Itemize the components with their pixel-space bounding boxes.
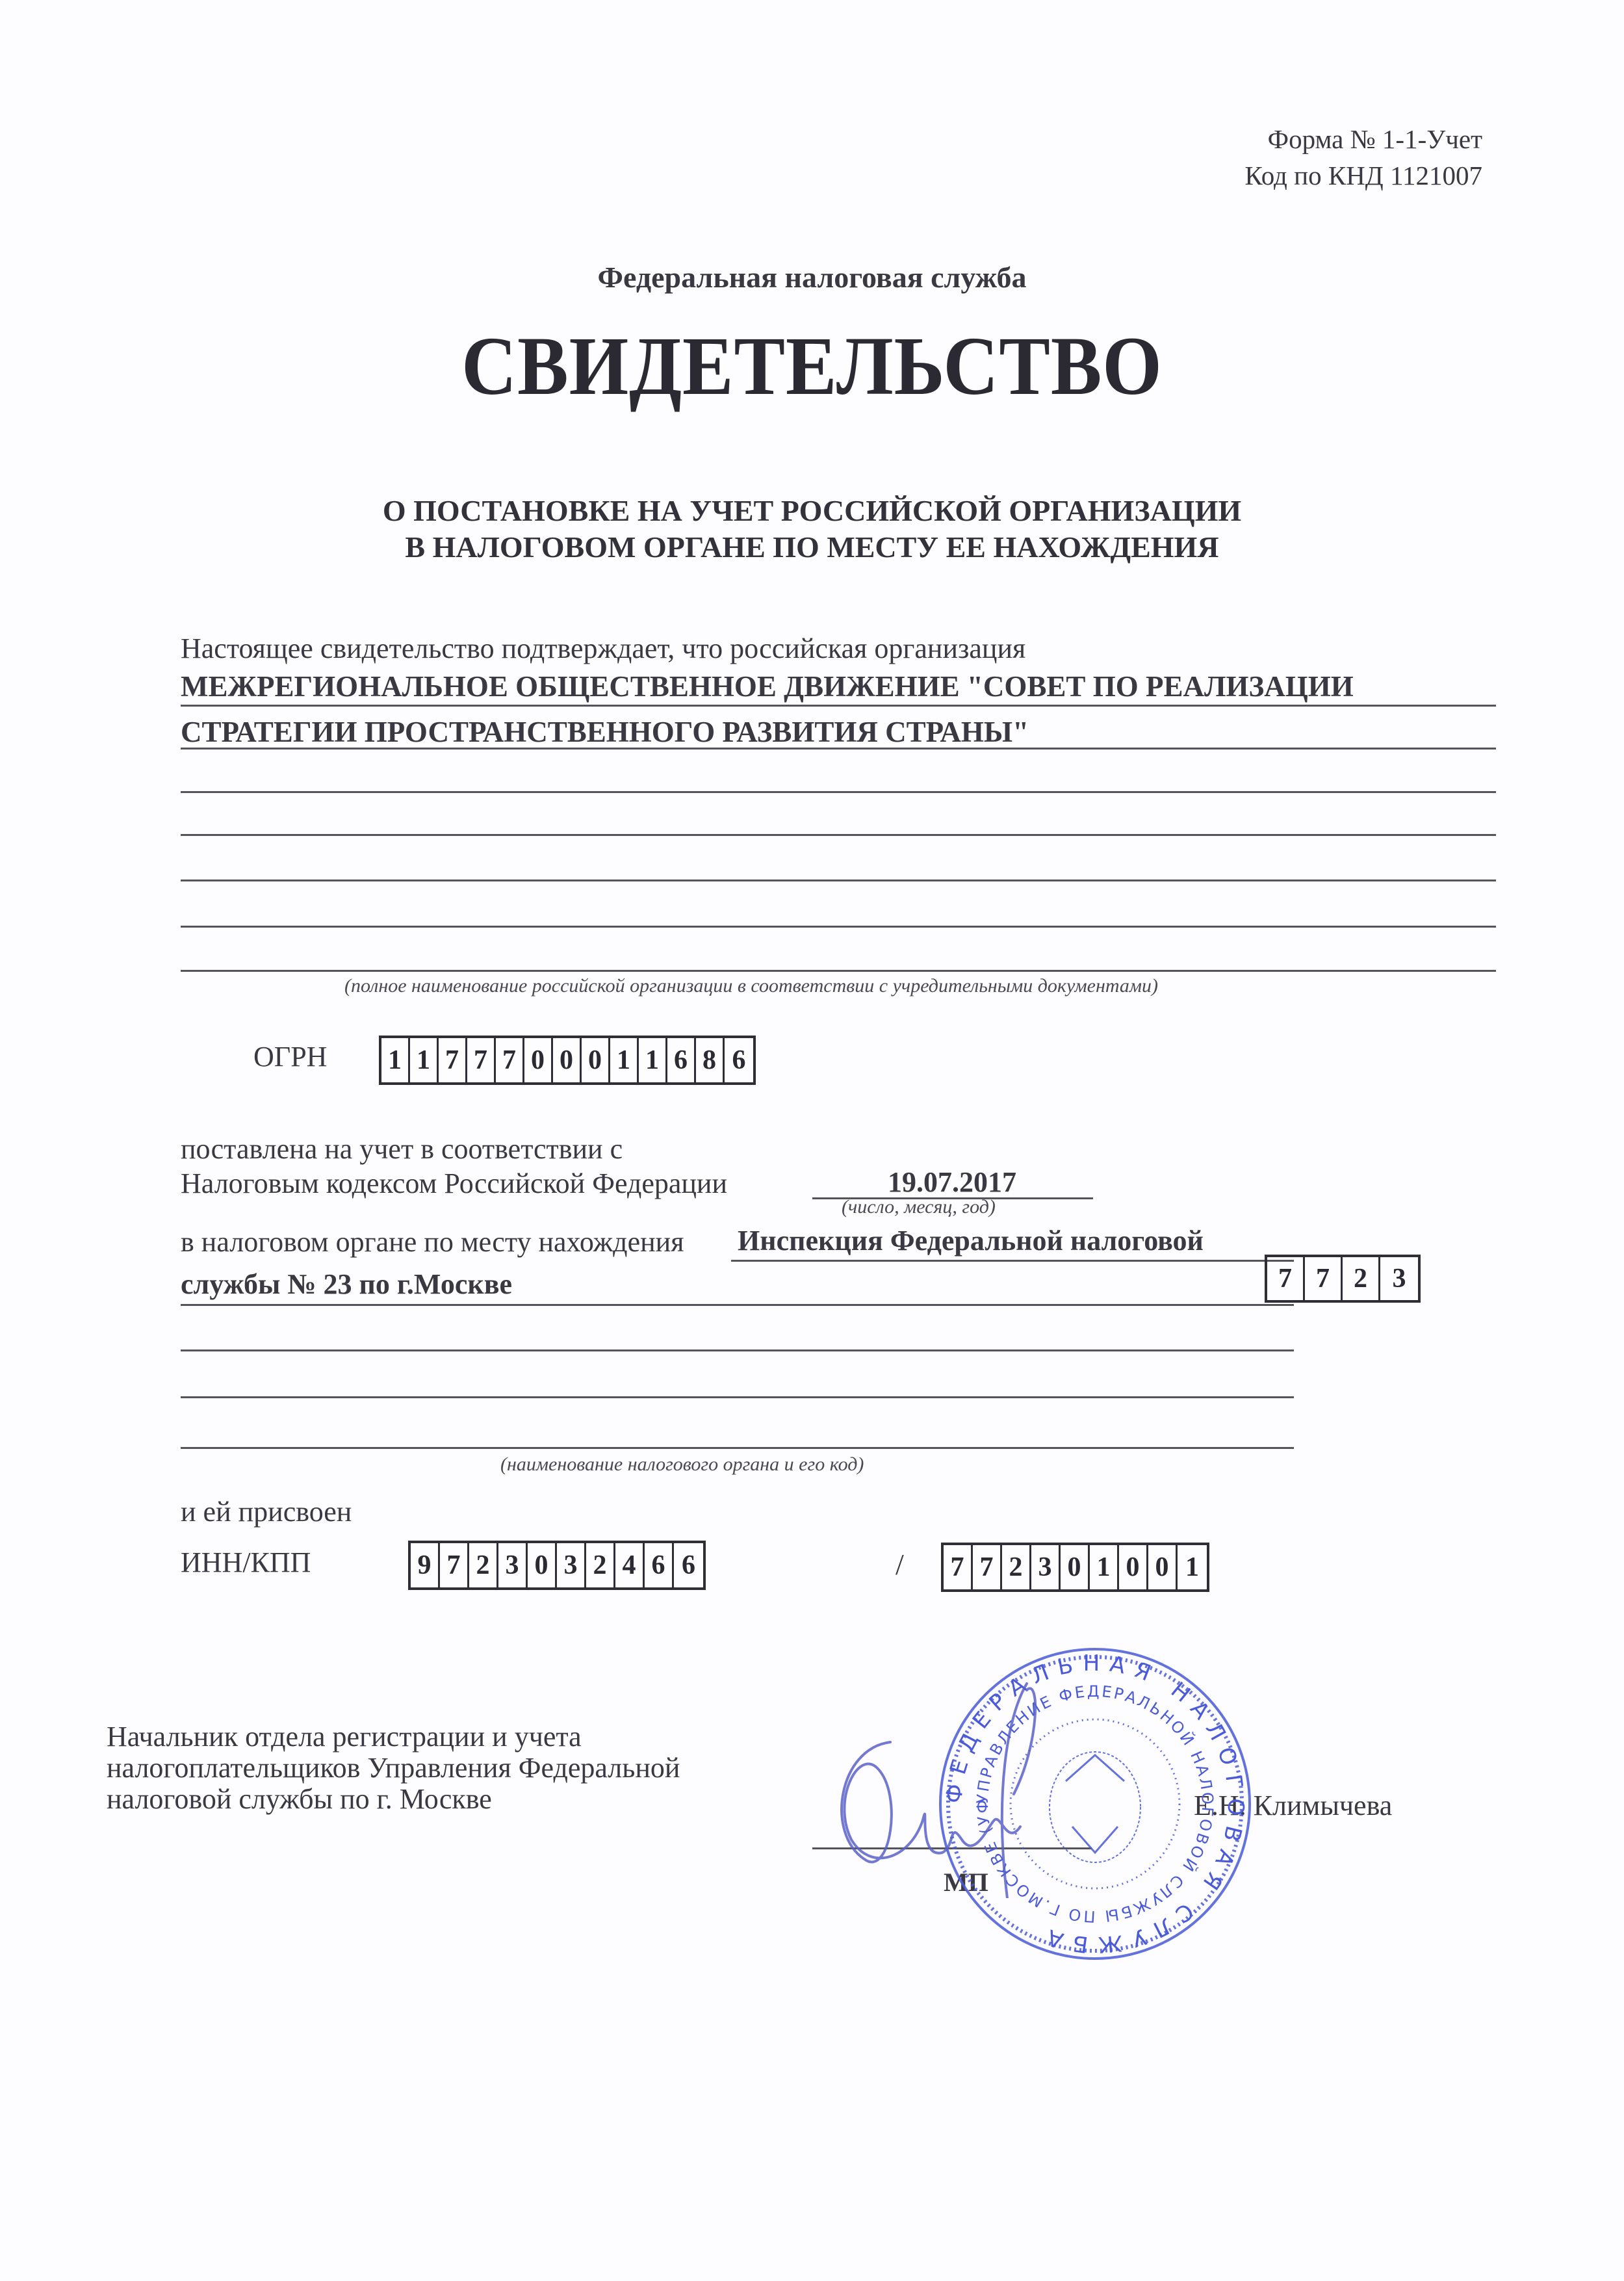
digit-cell: 9 [411, 1543, 440, 1587]
digit-cell: 0 [553, 1038, 582, 1082]
authority-rule [181, 1447, 1294, 1449]
org-name-hint: (полное наименование российской организа… [344, 975, 1158, 997]
digit-cell: 7 [439, 1038, 467, 1082]
digit-cell: 7 [440, 1543, 469, 1587]
digit-cell: 7 [496, 1038, 524, 1082]
knd-code: Код по КНД 1121007 [1244, 157, 1482, 194]
digit-cell: 0 [524, 1038, 553, 1082]
digit-cell: 1 [381, 1038, 410, 1082]
org-name-rule [181, 834, 1496, 836]
authority-name-line-1: Инспекция Федеральной налоговой [738, 1224, 1204, 1257]
date-hint: (число, месяц, год) [842, 1196, 996, 1218]
digit-cell: 2 [1002, 1545, 1031, 1589]
form-code-block: Форма № 1-1-Учет Код по КНД 1121007 [1244, 121, 1482, 194]
organization-name-line-1: МЕЖРЕГИОНАЛЬНОЕ ОБЩЕСТВЕННОЕ ДВИЖЕНИЕ "С… [181, 670, 1354, 703]
agency-name: Федеральная налоговая служба [0, 260, 1624, 294]
digit-cell: 7 [944, 1545, 973, 1589]
ogrn-label: ОГРН [253, 1040, 327, 1073]
org-name-rule [181, 970, 1496, 972]
registration-line-2: Налоговым кодексом Российской Федерации [181, 1167, 727, 1200]
org-name-rule [181, 705, 1496, 707]
authority-rule [181, 1304, 1294, 1306]
signatory-position-line-1: Начальник отдела регистрации и учета [107, 1721, 680, 1753]
digit-cell: 6 [725, 1038, 753, 1082]
authority-rule [181, 1349, 1294, 1351]
handwritten-signature-icon [812, 1664, 1085, 1898]
digit-cell: 3 [1031, 1545, 1061, 1589]
digit-cell: 4 [615, 1543, 645, 1587]
digit-cell: 7 [973, 1545, 1002, 1589]
inn-digit-boxes: 9723032466 [408, 1541, 706, 1590]
digit-cell: 7 [1305, 1257, 1343, 1300]
subtitle-line-2: В НАЛОГОВОМ ОРГАНЕ ПО МЕСТУ ЕЕ НАХОЖДЕНИ… [0, 529, 1624, 566]
authority-rule [731, 1260, 1294, 1262]
document-subtitle: О ПОСТАНОВКЕ НА УЧЕТ РОССИЙСКОЙ ОРГАНИЗА… [0, 493, 1624, 566]
signatory-position: Начальник отдела регистрации и учета нал… [107, 1721, 680, 1815]
digit-cell: 7 [1267, 1257, 1305, 1300]
digit-cell: 1 [639, 1038, 667, 1082]
digit-cell: 1 [410, 1038, 439, 1082]
inn-kpp-separator: / [896, 1547, 904, 1582]
digit-cell: 3 [498, 1543, 528, 1587]
document-title: СВИДЕТЕЛЬСТВО [65, 319, 1559, 414]
organization-name-line-2: СТРАТЕГИИ ПРОСТРАНСТВЕННОГО РАЗВИТИЯ СТР… [181, 715, 1029, 749]
inn-kpp-label: ИНН/КПП [181, 1546, 311, 1579]
digit-cell: 6 [645, 1543, 674, 1587]
form-number: Форма № 1-1-Учет [1244, 121, 1482, 157]
digit-cell: 0 [582, 1038, 610, 1082]
authority-hint: (наименование налогового органа и его ко… [500, 1453, 864, 1476]
digit-cell: 0 [528, 1543, 557, 1587]
certificate-intro: Настоящее свидетельство подтверждает, чт… [181, 632, 1025, 665]
org-name-rule [181, 880, 1496, 881]
org-name-rule [181, 926, 1496, 928]
org-name-rule [181, 791, 1496, 793]
authority-name-line-2: службы № 23 по г.Москве [181, 1268, 512, 1301]
org-name-rule [181, 748, 1496, 749]
digit-cell: 3 [557, 1543, 586, 1587]
digit-cell: 1 [610, 1038, 639, 1082]
authority-label: в налоговом органе по месту нахождения [181, 1225, 684, 1258]
digit-cell: 1 [1090, 1545, 1119, 1589]
digit-cell: 2 [469, 1543, 498, 1587]
digit-cell: 7 [467, 1038, 496, 1082]
registration-line-1: поставлена на учет в соответствии с [181, 1132, 623, 1166]
signatory-position-line-3: налоговой службы по г. Москве [107, 1784, 680, 1815]
subtitle-line-1: О ПОСТАНОВКЕ НА УЧЕТ РОССИЙСКОЙ ОРГАНИЗА… [0, 493, 1624, 529]
digit-cell: 2 [1343, 1257, 1380, 1300]
digit-cell: 0 [1061, 1545, 1090, 1589]
authority-code-boxes: 7723 [1265, 1255, 1421, 1303]
signatory-position-line-2: налогоплательщиков Управления Федерально… [107, 1753, 680, 1784]
digit-cell: 3 [1380, 1257, 1418, 1300]
registration-date: 19.07.2017 [812, 1166, 1092, 1199]
digit-cell: 8 [696, 1038, 725, 1082]
digit-cell: 1 [1178, 1545, 1207, 1589]
authority-rule [181, 1396, 1294, 1398]
assigned-label: и ей присвоен [181, 1495, 352, 1528]
digit-cell: 0 [1148, 1545, 1178, 1589]
digit-cell: 6 [667, 1038, 696, 1082]
ogrn-digit-boxes: 1177700011686 [379, 1036, 756, 1085]
digit-cell: 0 [1119, 1545, 1148, 1589]
kpp-digit-boxes: 772301001 [941, 1543, 1209, 1592]
digit-cell: 6 [674, 1543, 703, 1587]
digit-cell: 2 [586, 1543, 615, 1587]
